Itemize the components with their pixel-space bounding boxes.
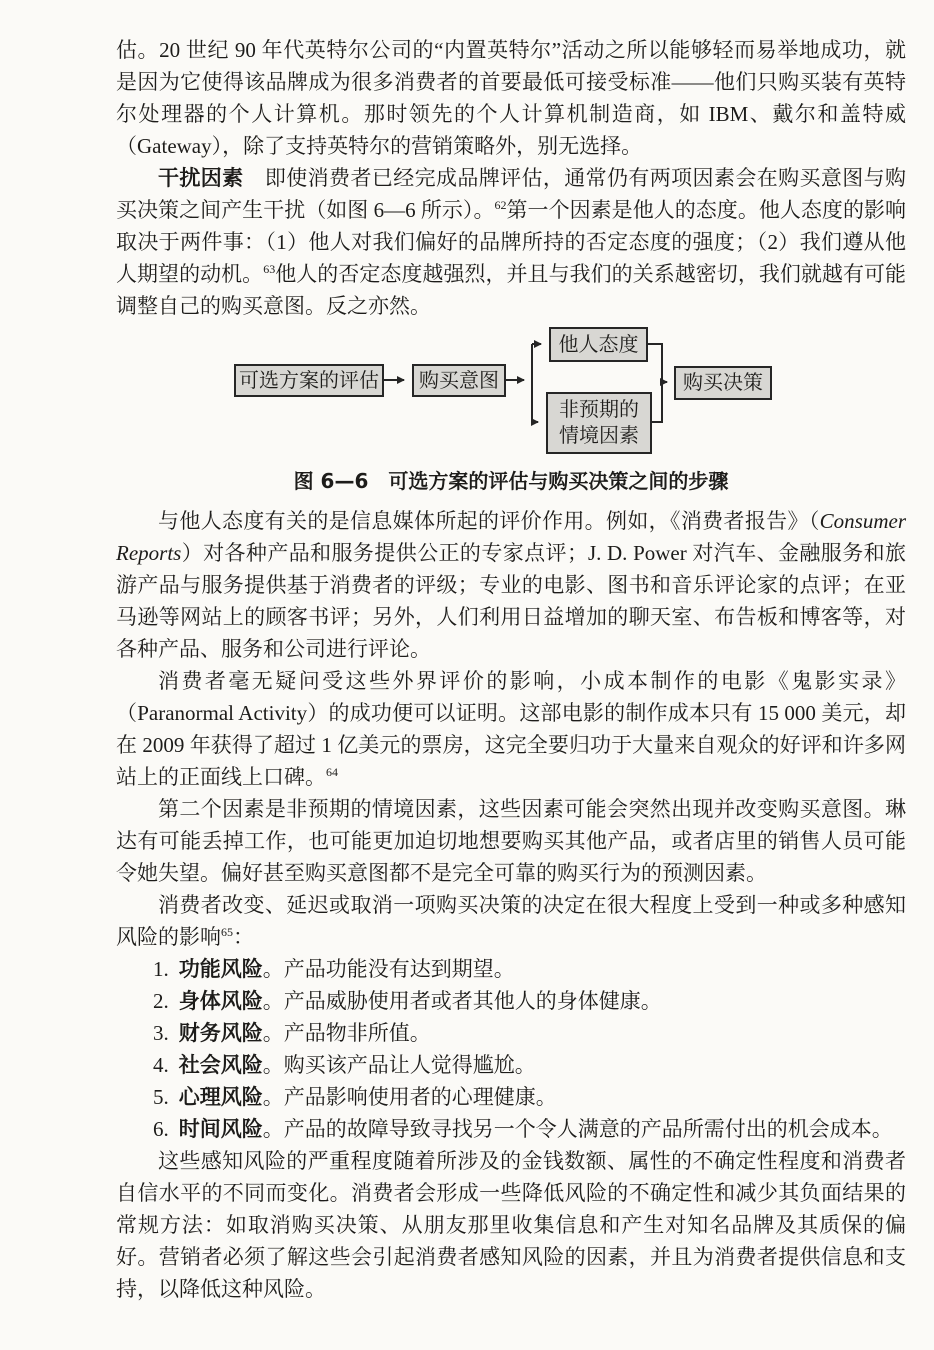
list-number: 1. (153, 957, 169, 981)
risk-term: 社会风险 (179, 1053, 263, 1077)
risk-desc: 。产品的故障导致寻找另一个令人满意的产品所需付出的机会成本。 (263, 1117, 893, 1141)
node-attitudes-of-others: 他人态度 (549, 327, 648, 362)
text-run: 消费者毫无疑问受这些外界评价的影响，小成本制作的电影《鬼影实录》（Paranor… (116, 669, 906, 789)
risk-desc: 。产品威胁使用者或者其他人的身体健康。 (263, 989, 662, 1013)
paragraph-paranormal-activity: 消费者毫无疑问受这些外界评价的影响，小成本制作的电影《鬼影实录》（Paranor… (116, 665, 906, 793)
list-item-financial-risk: 3.财务风险。产品物非所值。 (116, 1017, 906, 1049)
list-item-social-risk: 4.社会风险。购买该产品让人觉得尴尬。 (116, 1049, 906, 1081)
footnote-ref-63: 63 (263, 262, 275, 276)
text-run: ： (233, 925, 254, 949)
paragraph-intel-inside: 估。20 世纪 90 年代英特尔公司的“内置英特尔”活动之所以能够轻而易举地成功… (116, 34, 906, 162)
list-item-psychological-risk: 5.心理风险。产品影响使用者的心理健康。 (116, 1081, 906, 1113)
node-label-line2: 情境因素 (559, 423, 639, 449)
paragraph-perceived-risk-intro: 消费者改变、延迟或取消一项购买决策的决定在很大程度上受到一种或多种感知风险的影响… (116, 889, 906, 953)
page-content: 估。20 世纪 90 年代英特尔公司的“内置英特尔”活动之所以能够轻而易举地成功… (116, 34, 906, 1305)
risk-term: 功能风险 (179, 957, 263, 981)
node-label: 他人态度 (559, 332, 639, 358)
text-run: ）对各种产品和服务提供公正的专家点评；J. D. Power 对汽车、金融服务和… (116, 541, 906, 661)
list-number: 4. (153, 1053, 169, 1077)
figure-caption: 图 6—6 可选方案的评估与购买决策之间的步骤 (116, 465, 906, 497)
list-number: 3. (153, 1021, 169, 1045)
risk-list: 1.功能风险。产品功能没有达到期望。 2.身体风险。产品威胁使用者或者其他人的身… (116, 953, 906, 1145)
risk-term: 财务风险 (179, 1021, 263, 1045)
footnote-ref-64: 64 (326, 765, 338, 779)
risk-desc: 。购买该产品让人觉得尴尬。 (263, 1053, 536, 1077)
footnote-ref-62: 62 (495, 198, 507, 212)
list-item-time-risk: 6.时间风险。产品的故障导致寻找另一个令人满意的产品所需付出的机会成本。 (116, 1113, 906, 1145)
risk-term: 时间风险 (179, 1117, 263, 1141)
list-item-functional-risk: 1.功能风险。产品功能没有达到期望。 (116, 953, 906, 985)
figure-6-6-diagram: 可选方案的评估 购买意图 他人态度 非预期的情境因素 购买决策 (116, 324, 906, 459)
node-label: 可选方案的评估 (239, 368, 379, 394)
paragraph-risk-severity: 这些感知风险的严重程度随着所涉及的金钱数额、属性的不确定性程度和消费者自信水平的… (116, 1145, 906, 1305)
list-number: 5. (153, 1085, 169, 1109)
node-evaluation-of-alternatives: 可选方案的评估 (234, 364, 384, 397)
node-unanticipated-situational-factors: 非预期的情境因素 (546, 392, 652, 454)
node-label: 购买决策 (683, 370, 763, 396)
node-purchase-decision: 购买决策 (674, 366, 772, 400)
footnote-ref-65: 65 (221, 925, 233, 939)
node-label-line1: 非预期的 (559, 397, 639, 423)
term-interfering-factors: 干扰因素 (158, 166, 244, 190)
risk-desc: 。产品功能没有达到期望。 (263, 957, 515, 981)
risk-term: 心理风险 (179, 1085, 263, 1109)
list-number: 2. (153, 989, 169, 1013)
text-run: 与他人态度有关的是信息媒体所起的评价作用。例如，《消费者报告》（ (158, 509, 820, 533)
book-page: 估。20 世纪 90 年代英特尔公司的“内置英特尔”活动之所以能够轻而易举地成功… (0, 0, 934, 1350)
risk-term: 身体风险 (179, 989, 263, 1013)
list-number: 6. (153, 1117, 169, 1141)
paragraph-situational-factors: 第二个因素是非预期的情境因素，这些因素可能会突然出现并改变购买意图。琳达有可能丢… (116, 793, 906, 889)
list-item-physical-risk: 2.身体风险。产品威胁使用者或者其他人的身体健康。 (116, 985, 906, 1017)
paragraph-media-reviews: 与他人态度有关的是信息媒体所起的评价作用。例如，《消费者报告》（Consumer… (116, 505, 906, 665)
risk-desc: 。产品物非所值。 (263, 1021, 431, 1045)
figure-6-6: 可选方案的评估 购买意图 他人态度 非预期的情境因素 购买决策 图 6—6 可选… (116, 324, 906, 497)
risk-desc: 。产品影响使用者的心理健康。 (263, 1085, 557, 1109)
paragraph-interfering-factors: 干扰因素 即使消费者已经完成品牌评估，通常仍有两项因素会在购买意图与购买决策之间… (116, 162, 906, 322)
node-purchase-intention: 购买意图 (412, 364, 506, 397)
node-label: 购买意图 (419, 368, 499, 394)
